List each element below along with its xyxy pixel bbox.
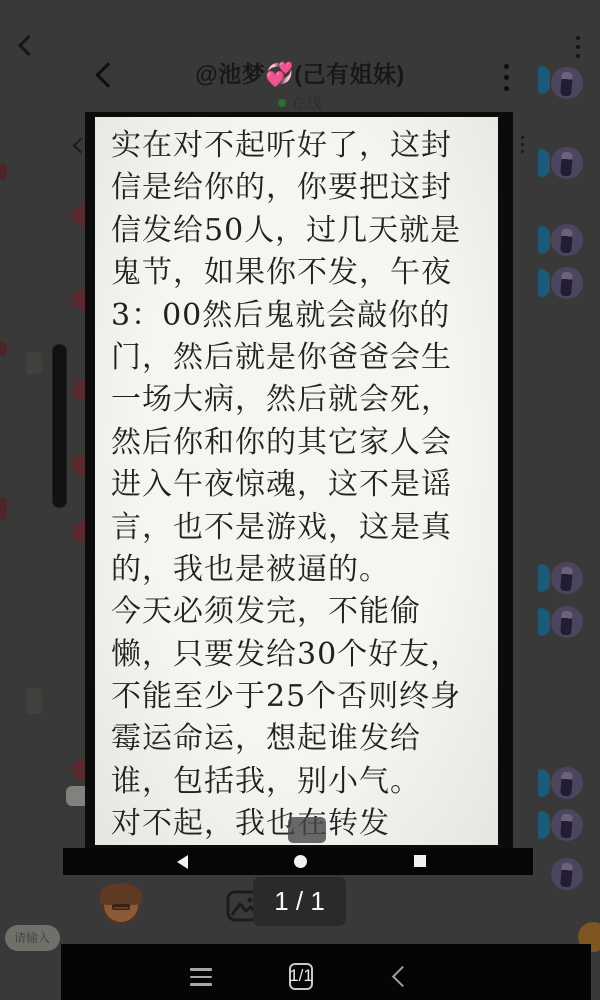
letter-line: 言，也不是游戏，这是真 [111,507,490,549]
letter-line: 不能至少于25个否则终身 [111,676,490,718]
illegible-text-smudge [26,352,42,374]
message-bubble [538,149,550,177]
avatar [551,767,583,799]
message-bubble [538,564,550,592]
letter-paper: 实在对不起听好了，这封 信是给你的，你要把这封 信发给50人，过几天就是 鬼节，… [95,117,498,845]
nav-back-icon [177,855,188,869]
avatar [551,267,583,299]
inner-indicator-overlay [288,817,326,843]
message-bubble [0,498,7,520]
nav-page-indicator: 1/1 [271,966,331,986]
viewer-back-icon[interactable] [18,35,39,56]
letter-line: 信发给50人，过几天就是 [111,210,490,252]
online-status: 在线 [0,92,600,113]
nav-back-icon[interactable] [392,966,413,987]
letter-line: 3：00然后鬼就会敲你的 [111,295,490,337]
letter-line: 的，我也是被逼的。 [111,549,490,591]
message-bubble [538,769,550,797]
page-indicator: 1 / 1 [253,877,346,926]
letter-line: 鬼节，如果你不发，午夜 [111,252,490,294]
avatar [551,562,583,594]
chat-menu-icon [504,64,509,91]
message-bubble [538,269,550,297]
shared-image-thumbnail [52,344,67,508]
letter-line: 懒，只要发给30个好友， [111,634,490,676]
letter-line: 门，然后就是你爸爸会生 [111,337,490,379]
nav-menu-icon[interactable] [190,968,212,991]
letter-line: 进入午夜惊魂，这不是谣 [111,464,490,506]
letter-line: 实在对不起听好了，这封 [111,125,490,167]
avatar [551,224,583,256]
message-bubble [538,811,550,839]
letter-line: 然后你和你的其它家人会 [111,422,490,464]
viewer-more-icon[interactable] [576,36,580,58]
avatar [551,67,583,99]
inner-android-navbar [63,848,533,875]
avatar [551,606,583,638]
illegible-text-smudge [26,688,42,714]
message-bubble [0,341,7,356]
chat-title: @池梦💞(己有姐妹) [0,56,600,89]
inner-more-icon [521,136,524,153]
message-bubble [538,226,550,254]
message-input[interactable]: 请输入 [5,925,60,951]
online-dot-icon [278,99,286,107]
message-bubble [0,163,7,180]
avatar [551,147,583,179]
letter-line: 霉运命运，想起谁发给 [111,718,490,760]
viewed-image[interactable]: 实在对不起听好了，这封 信是给你的，你要把这封 信发给50人，过几天就是 鬼节，… [85,112,513,849]
letter-line: 信是给你的，你要把这封 [111,167,490,209]
letter-line: 今天必须发完，不能偷 [111,591,490,633]
letter-line: 一场大病，然后就会死， [111,379,490,421]
message-bubble [538,608,550,636]
message-bubble [538,66,550,94]
avatar [551,858,583,890]
avatar [551,809,583,841]
image-viewer-screen: @池梦💞(己有姐妹) 在线 实在对不起听好了，这封 信是给你的，你要把这封 信发… [0,0,600,1000]
nav-home-icon [294,855,307,868]
letter-line: 谁，包括我，别小气。 [111,761,490,803]
android-navbar: 1/1 [61,944,591,1000]
nav-recents-icon [414,855,426,867]
girl-emoji-icon[interactable] [102,886,140,924]
